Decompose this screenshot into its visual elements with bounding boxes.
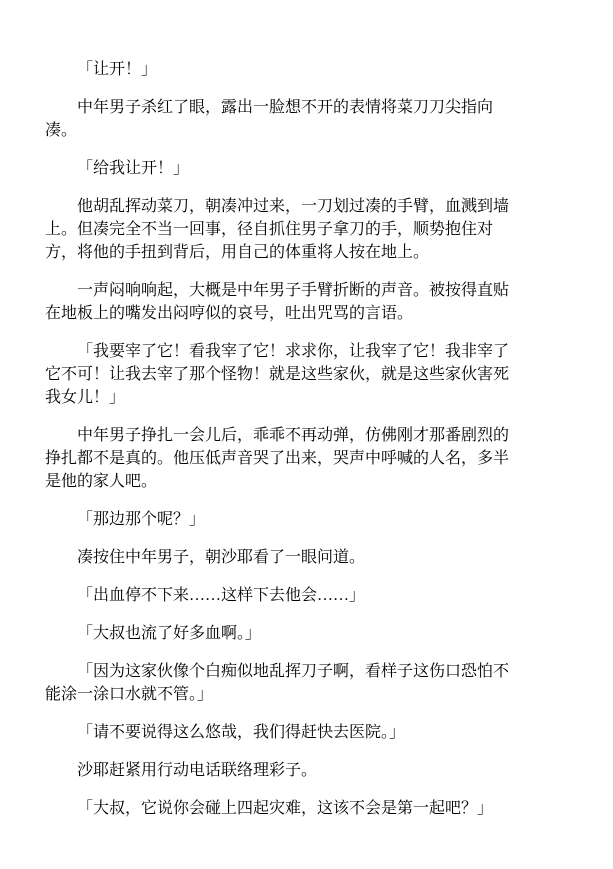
paragraph-8: 「那边那个呢？」 bbox=[45, 508, 517, 531]
paragraph-2: 中年男子杀红了眼，露出一脸想不开的表情将菜刀刀尖指向凑。 bbox=[45, 96, 517, 142]
paragraph-7: 中年男子挣扎一会儿后，乖乖不再动弹，仿佛刚才那番剧烈的挣扎都不是真的。他压低声音… bbox=[45, 424, 517, 493]
document-page: 「让开！」 中年男子杀红了眼，露出一脸想不开的表情将菜刀刀尖指向凑。 「给我让开… bbox=[0, 0, 613, 869]
paragraph-11: 「大叔也流了好多血啊。」 bbox=[45, 622, 517, 645]
paragraph-10: 「出血停不下来……这样下去他会……」 bbox=[45, 584, 517, 607]
paragraph-6: 「我要宰了它！看我宰了它！求求你，让我宰了它！我非宰了它不可！让我去宰了那个怪物… bbox=[45, 340, 517, 409]
paragraph-3: 「给我让开！」 bbox=[45, 157, 517, 180]
paragraph-12: 「因为这家伙像个白痴似地乱挥刀子啊，看样子这伤口恐怕不能涂一涂口水就不管。」 bbox=[45, 660, 517, 706]
paragraph-13: 「请不要说得这么悠哉，我们得赶快去医院。」 bbox=[45, 721, 517, 744]
paragraph-14: 沙耶赶紧用行动电话联络理彩子。 bbox=[45, 759, 517, 782]
paragraph-9: 凑按住中年男子，朝沙耶看了一眼问道。 bbox=[45, 546, 517, 569]
paragraph-4: 他胡乱挥动菜刀，朝凑冲过来，一刀划过凑的手臂，血溅到墙上。但凑完全不当一回事，径… bbox=[45, 195, 517, 264]
paragraph-5: 一声闷响响起，大概是中年男子手臂折断的声音。被按得直贴在地板上的嘴发出闷哼似的哀… bbox=[45, 279, 517, 325]
paragraph-1: 「让开！」 bbox=[45, 58, 517, 81]
paragraph-15: 「大叔，它说你会碰上四起灾难，这该不会是第一起吧？」 bbox=[45, 797, 517, 820]
